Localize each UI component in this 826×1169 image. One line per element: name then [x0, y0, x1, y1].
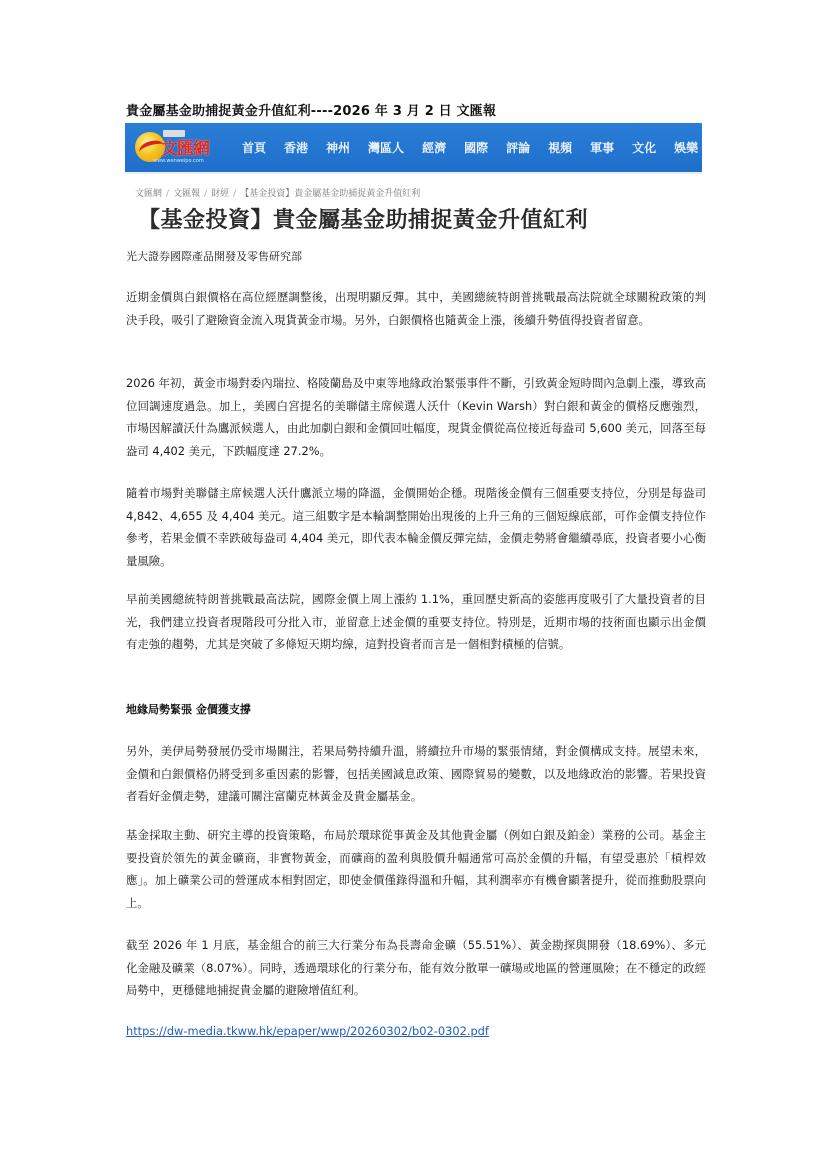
article-paragraph: 基金採取主動、研究主導的投資策略，布局於環球從事黃金及其他貴金屬（例如白銀及鉑金…	[126, 824, 706, 914]
article-paragraph: 早前美國總統特朗普挑戰最高法院，國際金價上周上漲約 1.1%，重回歷史新高的姿態…	[126, 588, 706, 656]
breadcrumb-item-newspaper[interactable]: 文匯報	[173, 189, 200, 199]
breadcrumb-separator: /	[162, 189, 173, 199]
nav-bay-area[interactable]: 灣區人	[359, 139, 413, 156]
breadcrumb-separator: /	[200, 189, 211, 199]
article-paragraph: 隨着市場對美聯儲主席候選人沃什鷹派立場的降溫，金價開始企穩。現階後金價有三個重要…	[126, 482, 706, 572]
nav-economy[interactable]: 經濟	[413, 139, 455, 156]
breadcrumb-item-wenweipo[interactable]: 文匯網	[135, 189, 162, 199]
wenweipo-logo[interactable]: 文匯網 www.wenweipo.com	[133, 127, 225, 167]
nav-commentary[interactable]: 評論	[497, 139, 539, 156]
breadcrumb-separator: /	[229, 189, 240, 199]
logo-text: 文匯網	[161, 134, 209, 159]
section-subheading: 地緣局勢緊張 金價獲支撐	[126, 701, 251, 717]
nav-entertainment[interactable]: 娛樂	[665, 139, 707, 156]
main-nav: 首頁 香港 神州 灣區人 經濟 國際 評論 視頻 軍事 文化 娛樂	[233, 123, 707, 172]
nav-military[interactable]: 軍事	[581, 139, 623, 156]
logo-url: www.wenweipo.com	[153, 158, 204, 164]
article-paragraph: 截至 2026 年 1 月底，基金組合的前三大行業分布為長壽命金礦（55.51%…	[126, 934, 706, 1002]
article-author: 光大證券國際產品開發及零售研究部	[126, 248, 302, 264]
breadcrumb-item-finance[interactable]: 財經	[211, 189, 229, 199]
site-banner: 文匯網 www.wenweipo.com 首頁 香港 神州 灣區人 經濟 國際 …	[125, 123, 702, 174]
article-paragraph: 近期金價與白銀價格在高位經歷調整後，出現明顯反彈。其中，美國總統特朗普挑戰最高法…	[126, 286, 706, 331]
article-paragraph: 2026 年初，黃金市場對委內瑞拉、格陵蘭島及中東等地緣政治緊張事件不斷，引致黃…	[126, 372, 706, 462]
article-paragraph: 另外，美伊局勢發展仍受市場關注，若果局勢持續升溫，將續拉升市場的緊張情緒，對金價…	[126, 740, 706, 808]
nav-mainland[interactable]: 神州	[317, 139, 359, 156]
nav-hongkong[interactable]: 香港	[275, 139, 317, 156]
breadcrumb-item-current: 【基金投資】貴金屬基金助捕捉黃金升值紅利	[240, 189, 420, 199]
nav-international[interactable]: 國際	[455, 139, 497, 156]
article-title: 【基金投資】貴金屬基金助捕捉黃金升值紅利	[138, 203, 588, 234]
nav-video[interactable]: 視頻	[539, 139, 581, 156]
nav-home[interactable]: 首頁	[233, 139, 275, 156]
source-link[interactable]: https://dw-media.tkww.hk/epaper/wwp/2026…	[126, 1024, 489, 1038]
document-title: 貴金屬基金助捕捉黃金升值紅利----2026 年 3 月 2 日 文匯報	[126, 100, 496, 119]
breadcrumb: 文匯網/文匯報/財經/【基金投資】貴金屬基金助捕捉黃金升值紅利	[135, 186, 420, 199]
nav-culture[interactable]: 文化	[623, 139, 665, 156]
